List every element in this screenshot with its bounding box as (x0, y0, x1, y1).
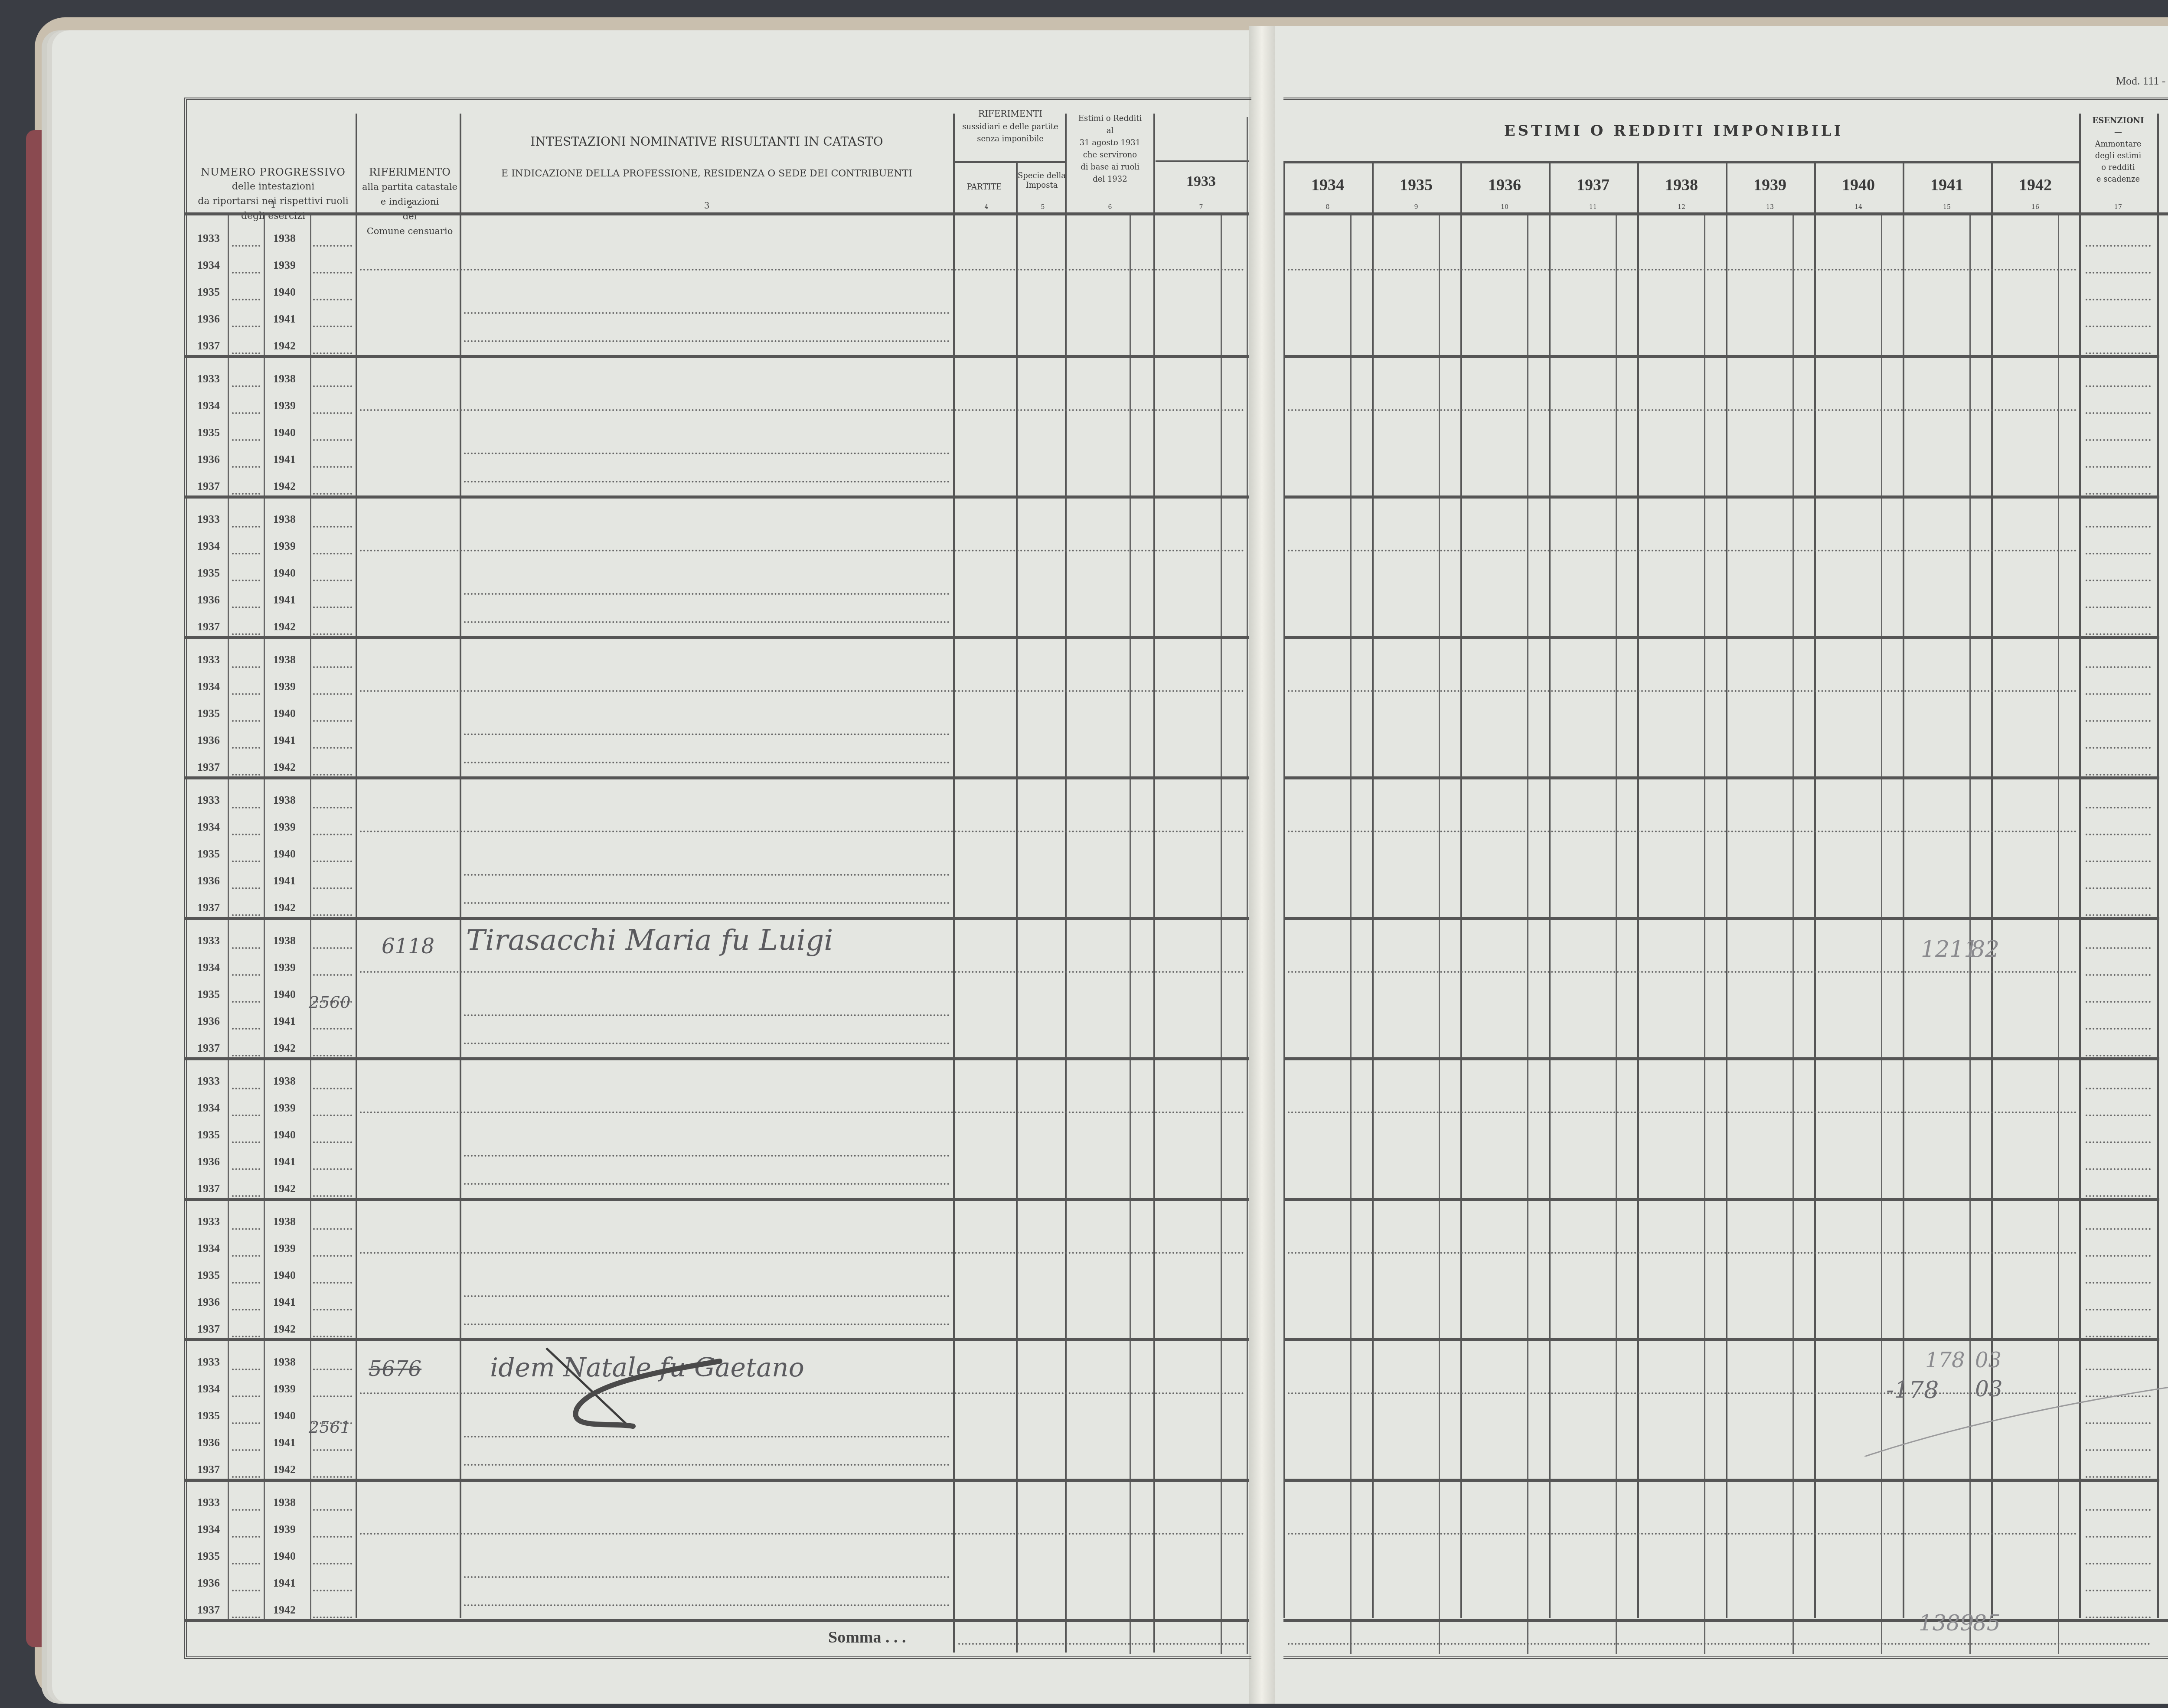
col-number: 4 (982, 204, 991, 211)
dot-rule (2086, 272, 2151, 274)
somma-1941-cent: 85 (1973, 1610, 2001, 1636)
dot-rule (1288, 550, 2077, 551)
dot-rule (232, 633, 260, 635)
dot-rule (313, 693, 352, 695)
year-label-a: 1935 (197, 847, 220, 861)
dot-rule (313, 606, 352, 608)
year-label-a: 1936 (197, 874, 220, 887)
dot-rule (2086, 245, 2151, 247)
year-label-b: 1939 (273, 1382, 296, 1395)
dot-rule (313, 1369, 352, 1370)
dot-rule (313, 774, 352, 776)
dot-rule (313, 633, 352, 635)
divider (1549, 163, 1551, 1618)
dot-rule (313, 1115, 352, 1116)
dot-rule (313, 861, 352, 862)
dot-rule (2086, 493, 2151, 495)
divider (1065, 114, 1067, 1653)
dot-rule (464, 733, 950, 735)
year-label-b: 1938 (273, 1496, 296, 1509)
dot-rule (232, 385, 260, 387)
col-number: 13 (1766, 204, 1774, 211)
dot-rule (2086, 385, 2151, 387)
dot-rule (313, 1590, 352, 1591)
dot-rule (2086, 526, 2151, 528)
dot-rule (313, 272, 352, 274)
divider (1637, 163, 1639, 1618)
col-number: 14 (1854, 204, 1863, 211)
dot-rule (1288, 1112, 2077, 1113)
dot-rule (313, 1563, 352, 1565)
dot-rule (2086, 1141, 2151, 1143)
dot-rule (2086, 834, 2151, 835)
year-label-b: 1940 (273, 847, 296, 861)
dot-rule (2086, 1282, 2151, 1284)
dot-rule (232, 1255, 260, 1257)
annotazioni-header: ANNOTAZIONI (2159, 147, 2168, 162)
col45-title: RIFERIMENTI (954, 106, 1067, 121)
year-label-b: 1941 (273, 1155, 296, 1168)
dot-rule (2086, 720, 2151, 722)
divider (1153, 114, 1155, 1653)
year-label-b: 1942 (273, 1463, 296, 1476)
col-number: 11 (1589, 204, 1597, 211)
dot-rule (464, 1576, 950, 1578)
col45-header: RIFERIMENTI sussidiari e delle partite s… (954, 106, 1067, 145)
dot-rule (313, 887, 352, 889)
dot-rule (464, 1604, 950, 1606)
year-label-b: 1940 (273, 1409, 296, 1422)
divider (1814, 163, 1816, 1618)
dot-rule (2086, 466, 2151, 468)
dot-rule (232, 1563, 260, 1565)
dot-rule (232, 974, 260, 976)
dot-rule (232, 1590, 260, 1591)
divider (1616, 215, 1617, 1654)
year-label-b: 1940 (273, 988, 296, 1001)
col2-line: Comune censuario (358, 224, 462, 238)
dot-rule (232, 693, 260, 695)
col2-title: RIFERIMENTO (358, 165, 462, 179)
estimi-main-title: ESTIMI O REDDITI IMPONIBILI (1283, 124, 2064, 138)
dot-rule (232, 807, 260, 808)
dot-rule (2086, 1055, 2151, 1056)
dot-rule (2086, 666, 2151, 668)
divider (1016, 161, 1018, 1653)
dot-rule (464, 1183, 950, 1185)
dot-rule (1288, 409, 2077, 411)
dot-rule (2086, 1536, 2151, 1538)
dot-rule (313, 493, 352, 495)
dot-rule (2086, 947, 2151, 949)
dot-rule (313, 914, 352, 916)
year-header: 1939 (1726, 176, 1814, 195)
divider (1221, 215, 1222, 1654)
dot-rule (232, 272, 260, 274)
col-number: 12 (1677, 204, 1686, 211)
col6-line: di base ai ruoli (1067, 161, 1153, 173)
year-label-a: 1936 (197, 593, 220, 606)
col-number: 2 (405, 199, 414, 210)
divider (1439, 215, 1440, 1654)
year-label-b: 1942 (273, 901, 296, 914)
col6-title: Estimi o Redditi (1067, 113, 1153, 125)
divider (1350, 215, 1352, 1654)
dot-rule (313, 1055, 352, 1056)
dot-rule (360, 1252, 1244, 1254)
col-number: 10 (1500, 204, 1509, 211)
year-label-a: 1935 (197, 988, 220, 1001)
dot-rule (2086, 1476, 2151, 1478)
year-label-b: 1941 (273, 874, 296, 887)
year-label-b: 1938 (273, 372, 296, 385)
year-label-a: 1934 (197, 1523, 220, 1536)
dot-rule (2086, 1509, 2151, 1511)
col6-line: al (1067, 125, 1153, 137)
year-label-b: 1938 (273, 653, 296, 666)
dot-rule (313, 299, 352, 300)
block-rule (1283, 1057, 2159, 1060)
col45-divider (954, 161, 1067, 163)
dot-rule (1288, 269, 2077, 271)
divider (1460, 163, 1462, 1618)
cover-edge (26, 130, 52, 1647)
year-label-b: 1939 (273, 1523, 296, 1536)
year-label-b: 1938 (273, 794, 296, 807)
dot-rule (232, 1228, 260, 1230)
somma-rule (184, 1619, 1249, 1622)
dot-rule (232, 580, 260, 581)
block-rule (1283, 1198, 2159, 1201)
dot-rule (313, 1536, 352, 1538)
year-label-b: 1942 (273, 1604, 296, 1617)
year-header: 1936 (1460, 176, 1549, 195)
col1-line: delle intestazioni (191, 179, 356, 194)
col-number: 7 (1197, 204, 1205, 211)
year-label-a: 1935 (197, 1128, 220, 1141)
dot-rule (232, 1509, 260, 1511)
dot-rule (313, 834, 352, 835)
block-rule (184, 917, 1249, 920)
col6-line: del 1932 (1067, 173, 1153, 186)
dot-rule (313, 1617, 352, 1618)
dot-rule (232, 1369, 260, 1370)
dot-rule (313, 1476, 352, 1478)
col6-line: che servirono (1067, 149, 1153, 161)
entry-6-partita: 6118 (382, 934, 434, 958)
year-label-a: 1936 (197, 1296, 220, 1309)
dot-rule (2086, 1028, 2151, 1030)
dot-rule (2086, 1309, 2151, 1310)
dot-rule (232, 747, 260, 749)
dot-rule (232, 1617, 260, 1618)
year-label-a: 1937 (197, 1323, 220, 1336)
dot-rule (313, 326, 352, 327)
dot-rule (360, 1392, 1244, 1394)
dot-rule (464, 1043, 950, 1044)
dot-rule (464, 453, 950, 454)
dot-rule (2086, 974, 2151, 976)
col3-header: INTESTAZIONI NOMINATIVE RISULTANTI IN CA… (462, 134, 952, 181)
year-label-a: 1934 (197, 1382, 220, 1395)
year-label-b: 1939 (273, 1102, 296, 1115)
year-label-a: 1934 (197, 1102, 220, 1115)
year-header: 1938 (1637, 176, 1726, 195)
col-number: 8 (1323, 204, 1332, 211)
year-header: 1940 (1814, 176, 1903, 195)
esenzioni-header: ESENZIONI — Ammontare degli estimi o red… (2079, 115, 2157, 185)
dot-rule (2086, 299, 2151, 300)
dot-rule (313, 1028, 352, 1030)
block-rule (1283, 1479, 2159, 1482)
year-label-a: 1933 (197, 513, 220, 526)
dot-rule (464, 340, 950, 342)
dot-rule (2086, 1617, 2151, 1618)
year-header: 1942 (1991, 176, 2080, 195)
col-number: 16 (2031, 204, 2040, 211)
year-label-b: 1939 (273, 1242, 296, 1255)
col2-line: del (358, 209, 462, 224)
block-rule (1283, 917, 2159, 920)
year-label-a: 1936 (197, 1155, 220, 1168)
dot-rule (232, 1336, 260, 1337)
dot-rule (232, 1055, 260, 1056)
col2-line: alla partita catastale (358, 179, 462, 194)
dot-rule (2086, 606, 2151, 608)
year-label-a: 1936 (197, 1436, 220, 1449)
dot-rule (2086, 914, 2151, 916)
col7-divider (1156, 160, 1249, 162)
dot-rule (2086, 1115, 2151, 1116)
year-label-b: 1942 (273, 1182, 296, 1195)
year-label-a: 1936 (197, 453, 220, 466)
esenzioni-dash: — (2079, 127, 2157, 138)
dot-rule (360, 269, 1244, 271)
year-label-a: 1937 (197, 480, 220, 493)
dot-rule (232, 1195, 260, 1197)
year-header: 1937 (1549, 176, 1637, 195)
year-label-b: 1939 (273, 961, 296, 974)
dot-rule (360, 1533, 1244, 1535)
dot-rule (360, 831, 1244, 832)
dot-rule (2086, 774, 2151, 776)
year-label-a: 1937 (197, 1042, 220, 1055)
entry-6-name: Tirasacchi Maria fu Luigi (466, 923, 833, 957)
dot-rule (313, 1141, 352, 1143)
col-number: 5 (1038, 204, 1047, 211)
year-label-b: 1939 (273, 680, 296, 693)
dot-rule (232, 326, 260, 327)
right-header-bottom-rule (1283, 212, 2168, 215)
dot-rule (313, 553, 352, 554)
dot-rule (464, 621, 950, 623)
block-rule (1283, 495, 2159, 499)
dot-rule (2086, 1228, 2151, 1230)
year-label-a: 1937 (197, 620, 220, 633)
dot-rule (2086, 887, 2151, 889)
year-label-b: 1939 (273, 399, 296, 412)
dot-rule (1288, 1533, 2077, 1535)
dot-rule (232, 1309, 260, 1310)
dot-rule (232, 1449, 260, 1451)
dot-rule (2086, 1590, 2151, 1591)
year-label-b: 1939 (273, 540, 296, 553)
year-label-b: 1938 (273, 1075, 296, 1088)
col4-header: PARTITE (954, 180, 1015, 195)
year-label-a: 1933 (197, 1215, 220, 1228)
dot-rule (232, 1282, 260, 1284)
dot-rule (2086, 553, 2151, 554)
divider (356, 114, 357, 1618)
dot-rule (313, 947, 352, 949)
year-label-b: 1941 (273, 453, 296, 466)
dot-rule (313, 1195, 352, 1197)
year-label-a: 1937 (197, 901, 220, 914)
block-rule (1283, 776, 2159, 779)
year-label-b: 1941 (273, 1296, 296, 1309)
dot-rule (232, 1422, 260, 1424)
col45-line: sussidiari e delle partite (954, 121, 1067, 133)
year-label-a: 1933 (197, 653, 220, 666)
esenzioni-line: degli estimi (2079, 150, 2157, 162)
year-label-b: 1938 (273, 513, 296, 526)
dot-rule (2086, 1255, 2151, 1257)
year-label-b: 1940 (273, 426, 296, 439)
year-label-a: 1934 (197, 1242, 220, 1255)
block-rule (184, 636, 1249, 639)
year-label-b: 1942 (273, 339, 296, 352)
year-label-b: 1941 (273, 593, 296, 606)
dot-rule (313, 245, 352, 247)
col-number: 1 (269, 199, 278, 210)
dot-rule (313, 412, 352, 414)
year-label-b: 1939 (273, 259, 296, 272)
block-rule (1283, 1338, 2159, 1341)
year-label-a: 1933 (197, 794, 220, 807)
year-label-a: 1934 (197, 540, 220, 553)
dot-rule (464, 1014, 950, 1016)
header-bottom-rule (184, 212, 1249, 215)
dot-rule (232, 493, 260, 495)
divider (1130, 215, 1131, 1654)
year-label-a: 1934 (197, 259, 220, 272)
dot-rule (232, 1115, 260, 1116)
block-rule (184, 776, 1249, 779)
block-rule (184, 1338, 1249, 1341)
dot-rule (360, 550, 1244, 551)
year-label-a: 1935 (197, 426, 220, 439)
divider (1372, 163, 1374, 1618)
years-divider (1283, 161, 2079, 163)
dot-rule (232, 299, 260, 300)
dot-rule (360, 1112, 1244, 1113)
dot-rule (2086, 412, 2151, 414)
dot-rule (1288, 690, 2077, 692)
entry-9-partita: 5676 (369, 1357, 421, 1381)
year-label-b: 1941 (273, 1577, 296, 1590)
dot-rule (2086, 1563, 2151, 1565)
pencil-stroke-icon (1864, 1357, 2168, 1457)
divider (953, 114, 955, 1653)
block-rule (1283, 355, 2159, 358)
dot-rule (313, 720, 352, 722)
year-label-a: 1936 (197, 1015, 220, 1028)
divider (1704, 215, 1705, 1654)
dot-rule (2086, 326, 2151, 327)
divider (1527, 215, 1528, 1654)
entry-9-progressivo: 2561 (309, 1418, 351, 1437)
dot-rule (464, 902, 950, 904)
year-label-a: 1937 (197, 1463, 220, 1476)
year-label-b: 1940 (273, 1128, 296, 1141)
dot-rule (232, 1088, 260, 1089)
col5-header: Specie della Imposta (1017, 171, 1067, 190)
dot-rule (313, 1449, 352, 1451)
year-label-a: 1933 (197, 1356, 220, 1369)
dot-rule (232, 1028, 260, 1030)
dot-rule (232, 914, 260, 916)
year-label-b: 1941 (273, 1015, 296, 1028)
dot-rule (313, 1309, 352, 1310)
col-number: 17 (2112, 204, 2125, 211)
dot-rule (313, 439, 352, 441)
year-label-b: 1938 (273, 232, 296, 245)
year-label-a: 1935 (197, 707, 220, 720)
dot-rule (313, 1228, 352, 1230)
col45-line: senza imponibile (954, 133, 1067, 145)
dot-rule (232, 861, 260, 862)
dot-rule (360, 690, 1244, 692)
col6-header: Estimi o Redditi al 31 agosto 1931 che s… (1067, 113, 1153, 186)
col-number: 15 (1943, 204, 1951, 211)
year-label-a: 1937 (197, 339, 220, 352)
year-label-a: 1933 (197, 1496, 220, 1509)
year-header: 1934 (1283, 176, 1372, 195)
year-label-b: 1940 (273, 286, 296, 299)
col6-line: 31 agosto 1931 (1067, 137, 1153, 149)
dot-rule (2086, 352, 2151, 354)
year-label-a: 1933 (197, 372, 220, 385)
dot-rule (232, 412, 260, 414)
dot-rule (232, 834, 260, 835)
form-code: Mod. 111 - Imposte Dirette (Intercalare)… (2116, 75, 2168, 88)
dot-rule (1288, 1252, 2077, 1254)
esenzioni-line: o redditi (2079, 162, 2157, 173)
divider (1726, 163, 1727, 1618)
dot-rule (232, 666, 260, 668)
dot-rule (313, 1395, 352, 1397)
year-label-a: 1935 (197, 1269, 220, 1282)
dot-rule (232, 1395, 260, 1397)
year-label-a: 1937 (197, 761, 220, 774)
col3-subtitle: E INDICAZIONE DELLA PROFESSIONE, RESIDEN… (462, 166, 952, 181)
year-label-a: 1933 (197, 1075, 220, 1088)
year-label-b: 1942 (273, 761, 296, 774)
dot-rule (232, 1141, 260, 1143)
year-label-a: 1934 (197, 399, 220, 412)
dot-rule (232, 352, 260, 354)
dot-rule (464, 312, 950, 314)
esenzioni-line: e scadenze (2079, 173, 2157, 185)
esenzioni-line: Ammontare (2079, 138, 2157, 150)
dot-rule (232, 526, 260, 528)
year-label-a: 1933 (197, 232, 220, 245)
block-rule (1283, 636, 2159, 639)
dot-rule (313, 1088, 352, 1089)
dot-rule (313, 1255, 352, 1257)
dot-rule (313, 974, 352, 976)
year-label-b: 1940 (273, 567, 296, 580)
